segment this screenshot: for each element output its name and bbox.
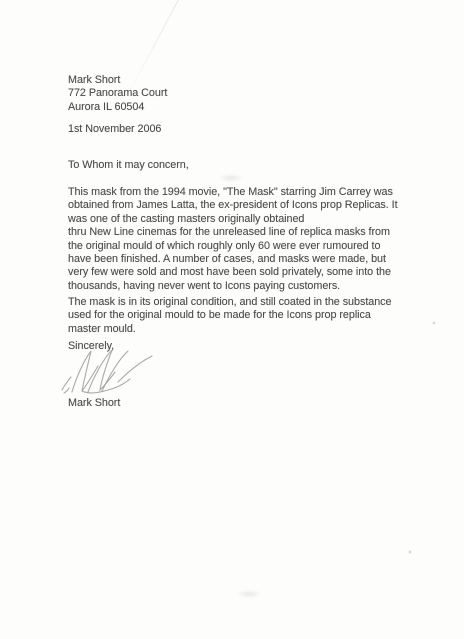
body-line: used for the original mould to be made f… (68, 309, 391, 322)
body-line: master mould. (68, 323, 391, 336)
scan-speck-artifact (432, 321, 436, 325)
body-line: have been finished. A number of cases, a… (68, 253, 398, 266)
body-line: very few were sold and most have been so… (68, 266, 398, 279)
handwritten-signature-icon (58, 346, 170, 398)
salutation-line: To Whom it may concern, (68, 159, 189, 172)
sender-address-line2: Aurora IL 60504 (68, 101, 167, 114)
sender-name: Mark Short (68, 74, 167, 87)
body-line: This mask from the 1994 movie, "The Mask… (68, 186, 398, 199)
scan-speck-artifact (408, 550, 412, 554)
typed-signature-name: Mark Short (68, 397, 120, 410)
body-paragraph-2: The mask is in its original condition, a… (68, 296, 391, 336)
body-line: the original mould of which roughly only… (68, 240, 398, 253)
body-line: thousands, having never went to Icons pa… (68, 280, 398, 293)
body-line: thru New Line cinemas for the unreleased… (68, 226, 398, 239)
body-line: was one of the casting masters originall… (68, 213, 398, 226)
body-line: The mask is in its original condition, a… (68, 296, 391, 309)
sender-address-block: Mark Short 772 Panorama Court Aurora IL … (68, 74, 167, 114)
body-paragraph-1: This mask from the 1994 movie, "The Mask… (68, 186, 398, 293)
date-line: 1st November 2006 (68, 123, 161, 136)
body-line: obtained from James Latta, the ex-presid… (68, 199, 398, 212)
scan-smudge-artifact (218, 174, 244, 182)
sender-address-line1: 772 Panorama Court (68, 87, 167, 100)
scanned-letter-page: Mark Short 772 Panorama Court Aurora IL … (0, 0, 464, 639)
scan-smudge-artifact (236, 590, 262, 598)
